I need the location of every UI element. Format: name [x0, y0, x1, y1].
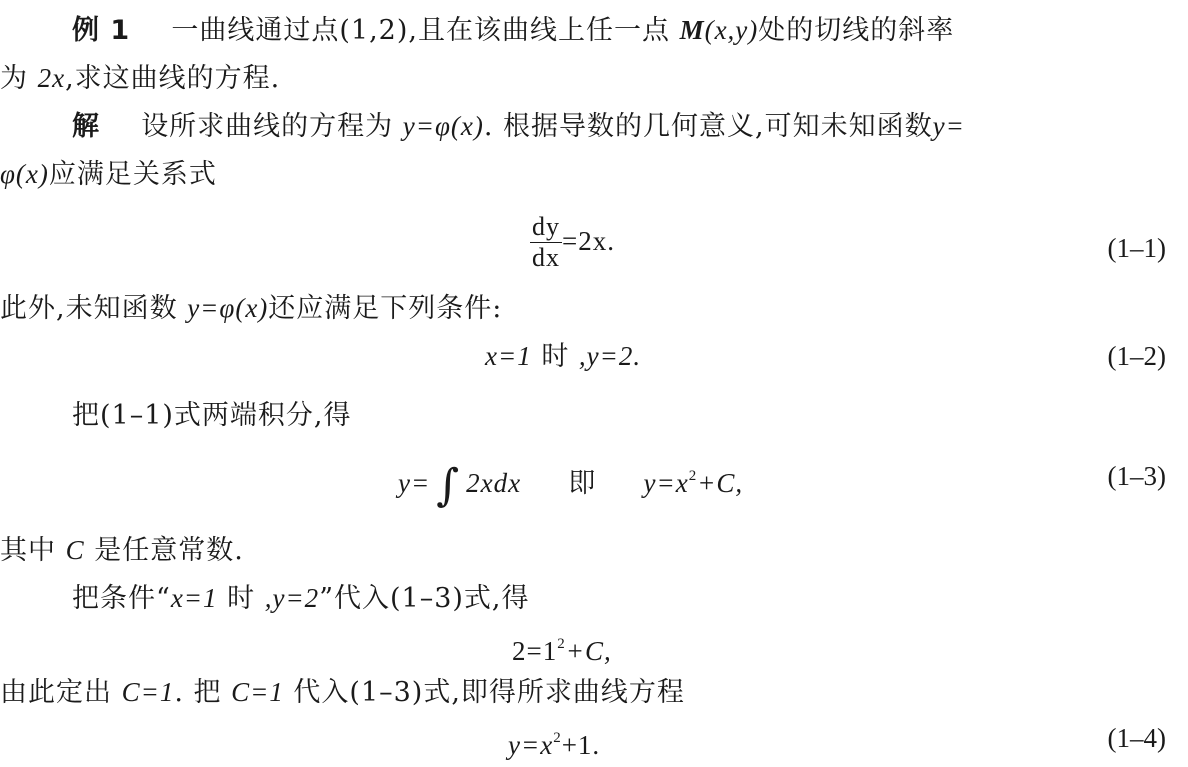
equation-lhs: 2=1	[512, 636, 557, 666]
point-m: M	[680, 15, 705, 45]
text: 把条件“	[72, 583, 171, 614]
equation-1-1: dy dx =2x.	[530, 212, 615, 273]
equation-number-1-4: (1–4)	[1108, 720, 1166, 756]
text: . 根据导数的几何意义,可知未知函数	[484, 111, 933, 142]
text: 把(1–1)式两端积分,得	[72, 400, 352, 431]
condition-x: x=1	[485, 341, 532, 371]
text: ”代入(1–3)式,得	[319, 583, 529, 614]
equation-number-1-3: (1–3)	[1108, 458, 1166, 494]
condition-y: ,y=2.	[579, 341, 641, 371]
condition-y: ,y=2	[265, 583, 319, 613]
example-text: 一曲线通过点(1,2),且在该曲线上任一点	[171, 15, 670, 46]
paragraph-substitute: 把条件“x=1 时 ,y=2”代入(1–3)式,得	[72, 580, 530, 617]
text: 应满足关系式	[49, 159, 217, 190]
equation-result: y=x	[644, 468, 689, 498]
equation-lhs: y=x	[508, 730, 553, 760]
text: 设所求曲线的方程为	[141, 111, 393, 142]
text: 还应满足下列条件:	[268, 293, 502, 324]
variable: y=	[933, 111, 965, 141]
equation-number-1-1: (1–1)	[1108, 230, 1166, 266]
paragraph-constant: 其中 C 是任意常数.	[0, 532, 244, 569]
text: 是任意常数.	[94, 535, 244, 566]
text: 为	[0, 63, 28, 94]
integral-sign-icon: ∫	[436, 468, 460, 504]
derivative-fraction: dy dx	[530, 212, 562, 273]
constant-value: C=1	[231, 677, 284, 707]
text: . 把	[174, 677, 221, 708]
text: 其中	[0, 535, 56, 566]
text: 代入(1–3)式,即得所求曲线方程	[293, 677, 685, 708]
equation-1-3: y=∫2xdx 即 y=x2+C,	[398, 458, 743, 504]
text: 时	[541, 341, 569, 372]
example-statement-line-1: 例 1 一曲线通过点(1,2),且在该曲线上任一点 M(x,y)处的切线的斜率	[72, 12, 954, 49]
paragraph-condition-intro: 此外,未知函数 y=φ(x)还应满足下列条件:	[0, 290, 502, 327]
paragraph-integrate: 把(1–1)式两端积分,得	[72, 398, 352, 434]
text: ,求这曲线的方程.	[65, 63, 280, 94]
equation-number-1-2: (1–2)	[1108, 338, 1166, 374]
equation-rhs: +C,	[566, 636, 612, 666]
slope-expr: 2x	[38, 63, 65, 93]
example-label: 例 1	[72, 15, 130, 46]
equation-rhs: =2x.	[562, 226, 615, 256]
equation-solve-constant: 2=12+C,	[512, 626, 612, 670]
point-coords: (x,y)	[705, 15, 759, 45]
text: 时	[227, 583, 255, 614]
fraction-numerator: dy	[530, 212, 562, 243]
solution-line-2: φ(x)应满足关系式	[0, 156, 217, 193]
text: 即	[568, 468, 596, 499]
text: 由此定出	[0, 677, 112, 708]
text: 此外,未知函数	[0, 293, 178, 324]
variable: φ(x)	[0, 159, 49, 189]
example-statement-line-2: 为 2x,求这曲线的方程.	[0, 60, 280, 97]
exponent: 2	[689, 468, 698, 484]
exponent: 2	[553, 730, 562, 746]
curve-definition: y=φ(x)	[403, 111, 484, 141]
variable: y=φ(x)	[187, 293, 268, 323]
example-text-end: 处的切线的斜率	[758, 15, 954, 46]
constant-value: C=1	[122, 677, 175, 707]
equation-1-4: y=x2+1.	[508, 720, 600, 764]
equation-result-tail: +C,	[697, 468, 743, 498]
equation-lhs: y=	[398, 468, 430, 498]
integrand: 2xdx	[466, 468, 521, 498]
equation-rhs: +1.	[562, 730, 600, 760]
solution-line-1: 解 设所求曲线的方程为 y=φ(x). 根据导数的几何意义,可知未知函数y=	[72, 108, 965, 145]
paragraph-conclusion: 由此定出 C=1. 把 C=1 代入(1–3)式,即得所求曲线方程	[0, 674, 685, 711]
solution-label: 解	[72, 111, 100, 142]
fraction-denominator: dx	[530, 243, 562, 273]
condition-x: x=1	[171, 583, 218, 613]
exponent: 2	[557, 636, 566, 652]
variable: C	[66, 535, 85, 565]
equation-1-2: x=1 时 ,y=2.	[485, 338, 641, 375]
